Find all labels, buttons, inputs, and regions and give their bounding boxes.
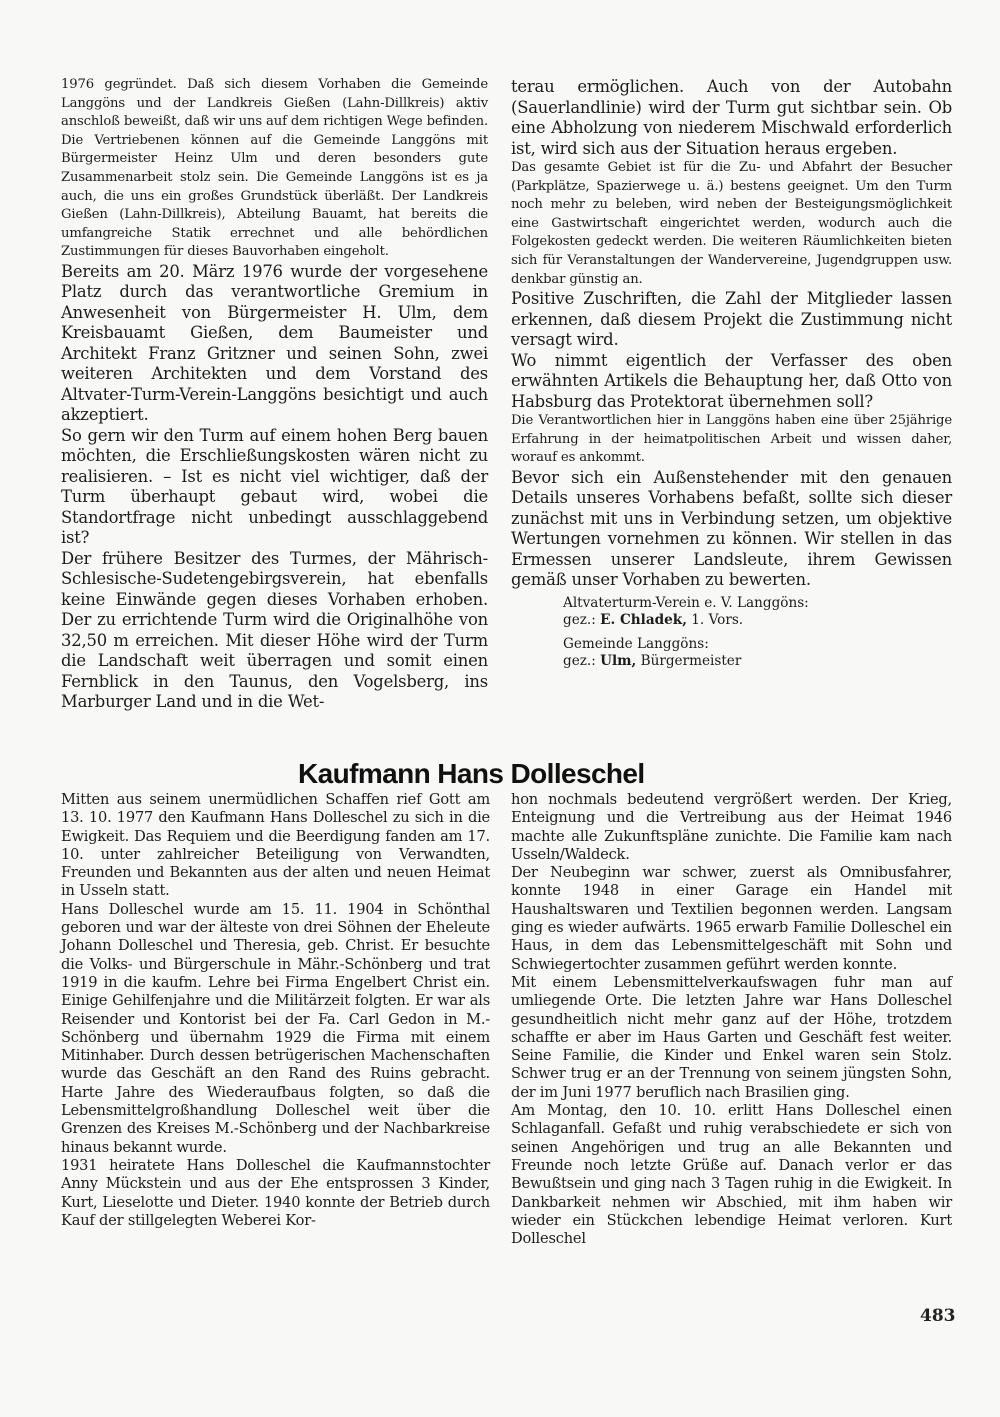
paragraph: Mitten aus seinem unermüdlichen Schaffen… [61, 791, 490, 901]
signer-name: E. Chladek, [600, 612, 687, 628]
article1-left-column: 1976 gegründet. Daß sich diesem Vorhaben… [61, 76, 488, 713]
paragraph: Wo nimmt eigentlich der Verfasser des ob… [511, 351, 952, 413]
signature-line-1: gez.: E. Chladek, 1. Vors. [563, 612, 952, 629]
signer-role: Bürgermeister [636, 653, 741, 669]
paragraph: 1931 heiratete Hans Dolleschel die Kaufm… [61, 1157, 490, 1230]
paragraph: Hans Dolleschel wurde am 15. 11. 1904 in… [61, 901, 490, 1157]
paragraph: Positive Zuschriften, die Zahl der Mitgl… [511, 289, 952, 351]
signature-line-2: gez.: Ulm, Bürgermeister [563, 653, 952, 670]
paragraph: Die Verantwortlichen hier in Langgöns ha… [511, 412, 952, 468]
paragraph: So gern wir den Turm auf einem hohen Ber… [61, 426, 488, 549]
paragraph: terau ermöglichen. Auch von der Autobahn… [511, 77, 952, 159]
paragraph: Mit einem Lebensmittelverkaufswagen fuhr… [511, 974, 952, 1102]
paragraph: 1976 gegründet. Daß sich diesem Vorhaben… [61, 76, 488, 262]
article2-right-column: hon nochmals bedeutend vergrößert werden… [511, 791, 952, 1248]
signature-block: Altvaterturm-Verein e. V. Langgöns: gez.… [511, 595, 952, 671]
gez-label: gez.: [563, 653, 600, 669]
signer-role: 1. Vors. [687, 612, 743, 628]
signature-org-1: Altvaterturm-Verein e. V. Langgöns: [563, 595, 952, 612]
article-headline: Kaufmann Hans Dolleschel [298, 758, 645, 790]
gez-label: gez.: [563, 612, 600, 628]
article1-right-column: terau ermöglichen. Auch von der Autobahn… [511, 77, 952, 671]
paragraph: Das gesamte Gebiet ist für die Zu- und A… [511, 159, 952, 289]
paragraph: Der frühere Besitzer des Turmes, der Mäh… [61, 549, 488, 713]
article2-left-column: Mitten aus seinem unermüdlichen Schaffen… [61, 791, 490, 1230]
paragraph: Bereits am 20. März 1976 wurde der vorge… [61, 262, 488, 426]
signature-org-2: Gemeinde Langgöns: [563, 636, 952, 653]
signer-name: Ulm, [600, 653, 636, 669]
paragraph: Am Montag, den 10. 10. erlitt Hans Dolle… [511, 1102, 952, 1248]
paragraph: hon nochmals bedeutend vergrößert werden… [511, 791, 952, 864]
page-number: 483 [920, 1306, 956, 1326]
paragraph: Bevor sich ein Außenstehender mit den ge… [511, 468, 952, 591]
paragraph: Der Neubeginn war schwer, zuerst als Omn… [511, 864, 952, 974]
document-page: 1976 gegründet. Daß sich diesem Vorhaben… [0, 0, 1000, 1417]
